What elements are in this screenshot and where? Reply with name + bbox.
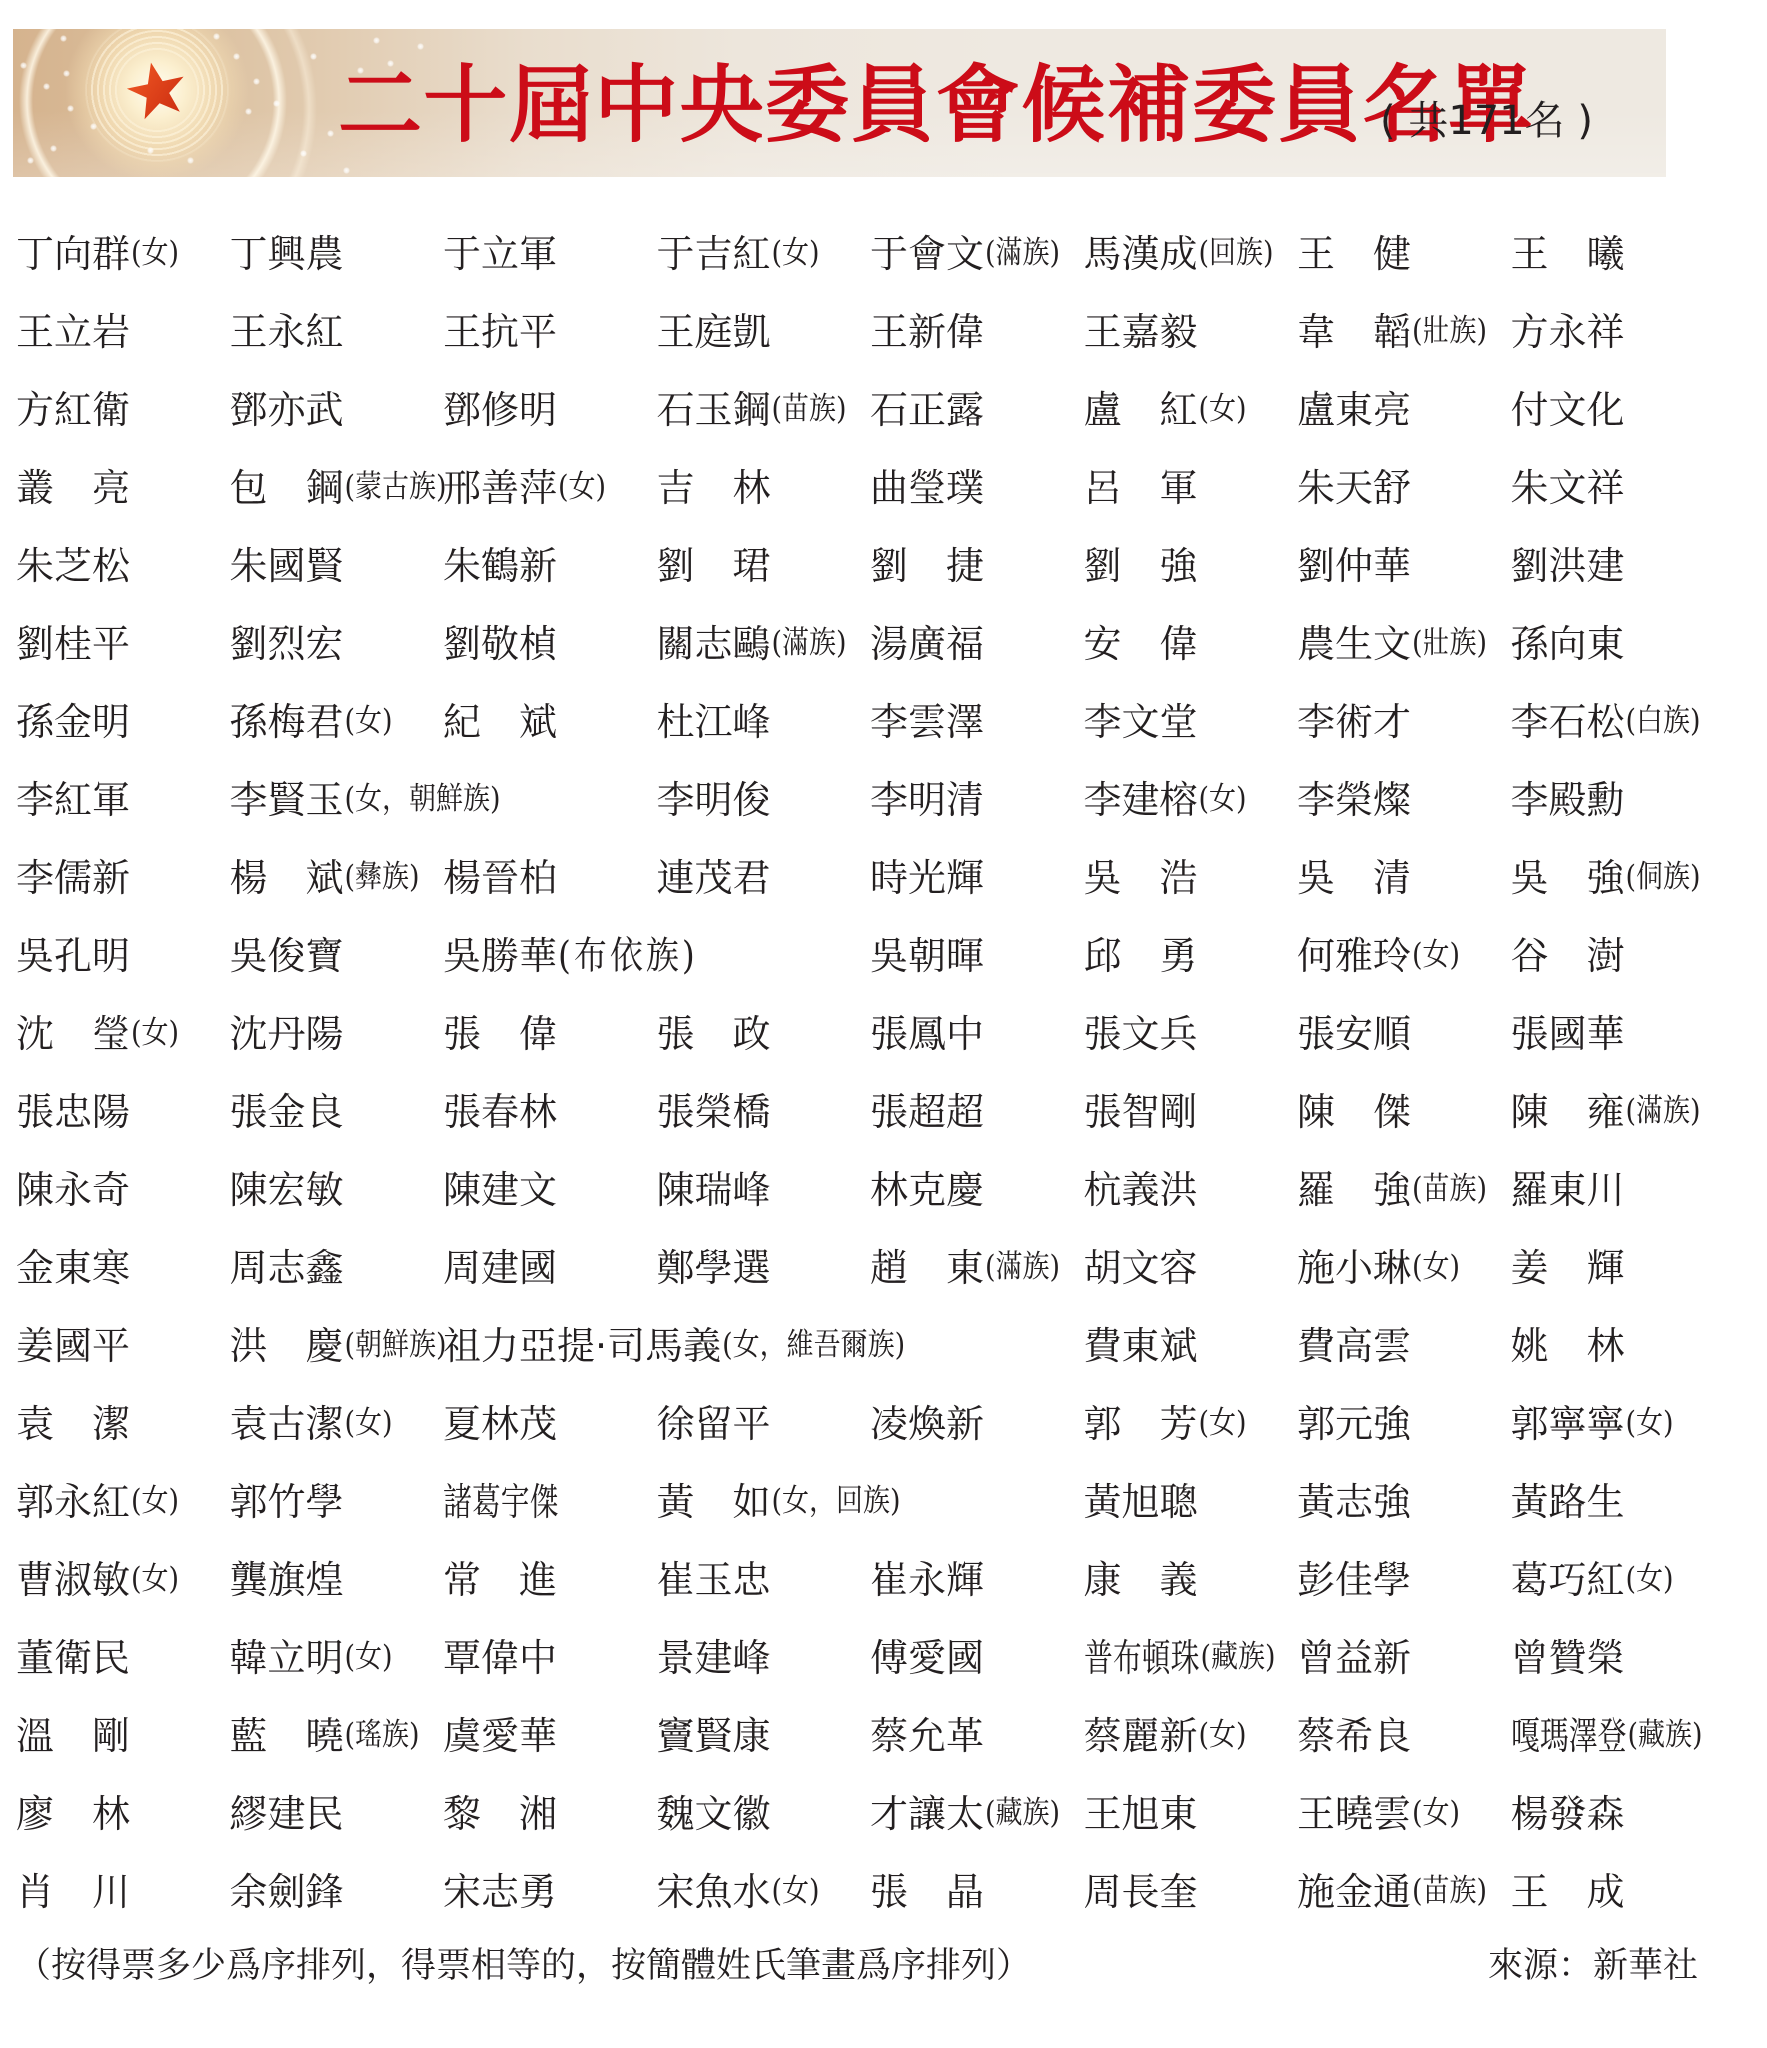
member-name-text: 農生文 — [1297, 624, 1411, 664]
member-name: 王新偉 — [870, 312, 984, 352]
member-entry: 黃路生 — [1511, 1482, 1725, 1522]
member-entry: 韋 韜(壯族) — [1297, 312, 1511, 352]
member-entry: 虞愛華 — [443, 1716, 657, 1756]
member-entry: 李賢玉(女，朝鮮族) — [230, 780, 657, 820]
member-entry: 李明俊 — [657, 780, 871, 820]
member-name: 彭佳學 — [1297, 1560, 1411, 1600]
member-entry: 王 健 — [1297, 234, 1511, 274]
member-entry: 盧東亮 — [1297, 390, 1511, 430]
member-name: 普布頓珠 — [1084, 1638, 1200, 1678]
member-row: 廖 林繆建民黎 湘魏文徽才讓太(藏族)王旭東王曉雲(女)楊發森 — [16, 1794, 1756, 1872]
member-annotation: (滿族) — [772, 621, 847, 667]
member-annotation: (女，朝鮮族) — [345, 777, 501, 823]
member-entry: 施小琳(女) — [1297, 1248, 1511, 1288]
member-name-text: 楊發森 — [1511, 1794, 1625, 1834]
member-entry: 費東斌 — [1084, 1326, 1298, 1366]
member-name-text: 李紅軍 — [16, 780, 130, 820]
member-annotation: (壯族) — [1412, 309, 1487, 355]
member-annotation: (蒙古族) — [345, 465, 447, 511]
member-entry: 吉 林 — [657, 468, 871, 508]
member-name-text: 吳 清 — [1297, 858, 1411, 898]
member-name-text: 王永紅 — [230, 312, 344, 352]
member-name: 王 成 — [1511, 1872, 1625, 1912]
member-name-text: 吳俊寶 — [230, 936, 344, 976]
member-entry: 王 成 — [1511, 1872, 1725, 1912]
member-entry: 劉 捷 — [870, 546, 1084, 586]
member-name: 李榮燦 — [1297, 780, 1411, 820]
member-entry: 袁 潔 — [16, 1404, 230, 1444]
member-entry: 張超超 — [870, 1092, 1084, 1132]
member-entry: 凌煥新 — [870, 1404, 1084, 1444]
member-entry: 連茂君 — [657, 858, 871, 898]
member-name-text: 楊 斌 — [230, 858, 344, 898]
member-name: 時光輝 — [870, 858, 984, 898]
member-name-text: 張安順 — [1297, 1014, 1411, 1054]
member-name-text: 傅愛國 — [870, 1638, 984, 1678]
member-entry: 石正露 — [870, 390, 1084, 430]
member-name-text: 劉 捷 — [870, 546, 984, 586]
member-name: 王旭東 — [1084, 1794, 1198, 1834]
member-name-text: 丁興農 — [230, 234, 344, 274]
member-name-text: 溫 剛 — [16, 1716, 130, 1756]
member-name-text: 郭元強 — [1297, 1404, 1411, 1444]
member-entry: 吳 清 — [1297, 858, 1511, 898]
member-entry: 包 鋼(蒙古族) — [230, 468, 444, 508]
member-name: 朱芝松 — [16, 546, 130, 586]
member-entry: 祖力亞提·司馬義(女，維吾爾族) — [443, 1326, 1084, 1366]
member-entry: 李術才 — [1297, 702, 1511, 742]
member-name: 李石松 — [1511, 702, 1625, 742]
member-name: 諸葛宇傑 — [443, 1482, 559, 1522]
member-name-text: 姜國平 — [16, 1326, 130, 1366]
member-name-text: 時光輝 — [870, 858, 984, 898]
member-name-text: 劉 珺 — [657, 546, 771, 586]
member-name-text: 谷 澍 — [1511, 936, 1625, 976]
sparkle-dot — [253, 78, 260, 85]
member-entry: 藍 曉(瑤族) — [230, 1716, 444, 1756]
member-name-text: 吳勝華 — [443, 936, 557, 976]
member-name: 黃旭聰 — [1084, 1482, 1198, 1522]
member-name-text: 施小琳 — [1297, 1248, 1411, 1288]
sparkle-dot — [27, 157, 34, 164]
member-name-text: 郭永紅 — [16, 1482, 130, 1522]
member-name-text: 紀 斌 — [443, 702, 557, 742]
member-name-text: 施金通 — [1297, 1872, 1411, 1912]
member-name-text: 孫金明 — [16, 702, 130, 742]
member-entry: 肖 川 — [16, 1872, 230, 1912]
member-name-text: 盧 紅 — [1084, 390, 1198, 430]
member-name: 趙 東 — [870, 1248, 984, 1288]
member-name: 劉敬楨 — [443, 624, 557, 664]
member-entry: 竇賢康 — [657, 1716, 871, 1756]
member-name: 張國華 — [1511, 1014, 1625, 1054]
member-name-text: 鄧亦武 — [230, 390, 344, 430]
member-name-text: 孫梅君 — [230, 702, 344, 742]
member-entry: 方紅衛 — [16, 390, 230, 430]
member-name-text: 吉 林 — [657, 468, 771, 508]
member-name-text: 洪 慶 — [230, 1326, 344, 1366]
member-entry: 方永祥 — [1511, 312, 1725, 352]
member-row: 袁 潔袁古潔(女)夏林茂徐留平凌煥新郭 芳(女)郭元強郭寧寧(女) — [16, 1404, 1756, 1482]
member-name: 蔡希良 — [1297, 1716, 1411, 1756]
member-name: 張 晶 — [870, 1872, 984, 1912]
member-annotation: (苗族) — [1412, 1167, 1487, 1213]
member-annotation: (女) — [345, 699, 393, 745]
sparkle-dot — [187, 157, 194, 164]
member-annotation: (女) — [772, 231, 820, 277]
member-name-text: 杜江峰 — [657, 702, 771, 742]
member-entry: 彭佳學 — [1297, 1560, 1511, 1600]
member-entry: 姜國平 — [16, 1326, 230, 1366]
member-name-text: 蔡允革 — [870, 1716, 984, 1756]
member-entry: 陳宏敏 — [230, 1170, 444, 1210]
member-name: 朱國賢 — [230, 546, 344, 586]
member-name: 康 義 — [1084, 1560, 1198, 1600]
member-name: 李賢玉 — [230, 780, 344, 820]
member-name: 姚 林 — [1511, 1326, 1625, 1366]
member-entry: 陳建文 — [443, 1170, 657, 1210]
member-entry: 徐留平 — [657, 1404, 871, 1444]
member-entry: 曹淑敏(女) — [16, 1560, 230, 1600]
member-name: 王庭凱 — [657, 312, 771, 352]
member-name-text: 張榮橋 — [657, 1092, 771, 1132]
member-name: 祖力亞提·司馬義 — [443, 1326, 721, 1366]
member-name-text: 宋志勇 — [443, 1872, 557, 1912]
sparkle-dot — [273, 100, 280, 107]
member-name: 連茂君 — [657, 858, 771, 898]
member-entry: 朱國賢 — [230, 546, 444, 586]
member-name: 竇賢康 — [657, 1716, 771, 1756]
member-name: 孫梅君 — [230, 702, 344, 742]
member-name: 陳建文 — [443, 1170, 557, 1210]
member-name: 蔡麗新 — [1084, 1716, 1198, 1756]
member-entry: 余劍鋒 — [230, 1872, 444, 1912]
member-name: 夏林茂 — [443, 1404, 557, 1444]
member-name: 紀 斌 — [443, 702, 557, 742]
member-name-text: 黃旭聰 — [1084, 1482, 1198, 1522]
member-name: 于吉紅 — [657, 234, 771, 274]
member-name-text: 張 政 — [657, 1014, 771, 1054]
member-entry: 袁古潔(女) — [230, 1404, 444, 1444]
member-name-text: 連茂君 — [657, 858, 771, 898]
member-entry: 曲瑩璞 — [870, 468, 1084, 508]
member-entry: 朱天舒 — [1297, 468, 1511, 508]
member-name: 費高雲 — [1297, 1326, 1411, 1366]
member-name-text: 景建峰 — [657, 1638, 771, 1678]
member-name-text: 李石松 — [1511, 702, 1625, 742]
member-name: 孫金明 — [16, 702, 130, 742]
member-name-text: 王新偉 — [870, 312, 984, 352]
member-entry: 鄧亦武 — [230, 390, 444, 430]
member-entry: 羅東川 — [1511, 1170, 1725, 1210]
member-name-text: 關志鷗 — [657, 624, 771, 664]
member-name: 陳永奇 — [16, 1170, 130, 1210]
member-entry: 陳永奇 — [16, 1170, 230, 1210]
member-name: 吳俊寶 — [230, 936, 344, 976]
sparkle-dot — [417, 43, 424, 50]
member-row: 陳永奇陳宏敏陳建文陳瑞峰林克慶杭義洪羅 強(苗族)羅東川 — [16, 1170, 1756, 1248]
member-name: 孫向東 — [1511, 624, 1625, 664]
member-entry: 馬漢成(回族) — [1084, 234, 1298, 274]
member-name: 張鳳中 — [870, 1014, 984, 1054]
member-annotation: (女) — [558, 465, 606, 511]
member-name: 曾益新 — [1297, 1638, 1411, 1678]
member-annotation: (苗族) — [772, 387, 847, 433]
member-annotation: (朝鮮族) — [345, 1323, 447, 1369]
member-entry: 普布頓珠(藏族) — [1084, 1638, 1298, 1678]
member-entry: 張榮橋 — [657, 1092, 871, 1132]
member-name: 黃 如 — [657, 1482, 771, 1522]
member-name-text: 曹淑敏 — [16, 1560, 130, 1600]
member-name-text: 丁向群 — [16, 234, 130, 274]
member-name: 王立岩 — [16, 312, 130, 352]
sparkle-dot — [310, 53, 317, 60]
member-entry: 黃旭聰 — [1084, 1482, 1298, 1522]
member-name-text: 劉桂平 — [16, 624, 130, 664]
member-name-text: 陳 雍 — [1511, 1092, 1625, 1132]
member-name-text: 李明俊 — [657, 780, 771, 820]
member-name: 宋魚水 — [657, 1872, 771, 1912]
member-entry: 郭 芳(女) — [1084, 1404, 1298, 1444]
member-name: 安 偉 — [1084, 624, 1198, 664]
member-entry: 金東寒 — [16, 1248, 230, 1288]
member-entry: 紀 斌 — [443, 702, 657, 742]
member-annotation: (滿族) — [1626, 1089, 1701, 1135]
member-name: 沈 瑩 — [16, 1014, 130, 1054]
member-name-text: 湯廣福 — [870, 624, 984, 664]
member-name-text: 虞愛華 — [443, 1716, 557, 1756]
member-name: 張 偉 — [443, 1014, 557, 1054]
member-name: 鄭學選 — [657, 1248, 771, 1288]
member-entry: 吳俊寶 — [230, 936, 444, 976]
member-name: 李明清 — [870, 780, 984, 820]
member-annotation: (滿族) — [985, 231, 1060, 277]
member-entry: 叢 亮 — [16, 468, 230, 508]
member-name-text: 陳宏敏 — [230, 1170, 344, 1210]
member-entry: 施金通(苗族) — [1297, 1872, 1511, 1912]
member-entry: 何雅玲(女) — [1297, 936, 1511, 976]
member-name: 林克慶 — [870, 1170, 984, 1210]
member-entry: 盧 紅(女) — [1084, 390, 1298, 430]
member-entry: 李石松(白族) — [1511, 702, 1725, 742]
sparkle-dot — [373, 37, 380, 44]
member-name: 楊發森 — [1511, 1794, 1625, 1834]
member-name: 何雅玲 — [1297, 936, 1411, 976]
member-entry: 蔡麗新(女) — [1084, 1716, 1298, 1756]
member-name: 施小琳 — [1297, 1248, 1411, 1288]
member-name-text: 李殿勳 — [1511, 780, 1625, 820]
member-name: 周志鑫 — [230, 1248, 344, 1288]
member-name-text: 盧東亮 — [1297, 390, 1411, 430]
member-entry: 蔡允革 — [870, 1716, 1084, 1756]
member-entry: 吳勝華(布依族) — [443, 936, 870, 976]
sparkle-dot — [343, 167, 350, 174]
member-name-text: 張 偉 — [443, 1014, 557, 1054]
member-entry: 張 晶 — [870, 1872, 1084, 1912]
member-annotation: (女) — [131, 1011, 179, 1057]
member-entry: 劉烈宏 — [230, 624, 444, 664]
member-entry: 王曉雲(女) — [1297, 1794, 1511, 1834]
member-entry: 鄭學選 — [657, 1248, 871, 1288]
member-name-text: 費高雲 — [1297, 1326, 1411, 1366]
member-name-text: 王抗平 — [443, 312, 557, 352]
member-name-text: 吳朝暉 — [870, 936, 984, 976]
member-entry: 姜 輝 — [1511, 1248, 1725, 1288]
member-entry: 楊晉柏 — [443, 858, 657, 898]
member-name: 郭永紅 — [16, 1482, 130, 1522]
member-entry: 郭永紅(女) — [16, 1482, 230, 1522]
member-name-text: 朱國賢 — [230, 546, 344, 586]
member-row: 孫金明孫梅君(女)紀 斌杜江峰李雲澤李文堂李術才李石松(白族) — [16, 702, 1756, 780]
member-entry: 陳 雍(滿族) — [1511, 1092, 1725, 1132]
member-row: 金東寒周志鑫周建國鄭學選趙 東(滿族)胡文容施小琳(女)姜 輝 — [16, 1248, 1756, 1326]
member-annotation: (女，回族) — [772, 1479, 901, 1525]
member-entry: 呂 軍 — [1084, 468, 1298, 508]
member-name-text: 張 晶 — [870, 1872, 984, 1912]
member-name: 袁 潔 — [16, 1404, 130, 1444]
member-name-text: 方永祥 — [1511, 312, 1625, 352]
member-name-text: 王曉雲 — [1297, 1794, 1411, 1834]
member-name: 龔旗煌 — [230, 1560, 344, 1600]
member-entry: 李明清 — [870, 780, 1084, 820]
member-name-text: 韋 韜 — [1297, 312, 1411, 352]
member-name-text: 劉洪建 — [1511, 546, 1625, 586]
member-name: 吳孔明 — [16, 936, 130, 976]
member-name: 蔡允革 — [870, 1716, 984, 1756]
member-name-text: 何雅玲 — [1297, 936, 1411, 976]
member-entry: 丁向群(女) — [16, 234, 230, 274]
member-name: 羅東川 — [1511, 1170, 1625, 1210]
member-entry: 李儒新 — [16, 858, 230, 898]
member-name: 景建峰 — [657, 1638, 771, 1678]
member-entry: 嘎瑪澤登(藏族) — [1511, 1716, 1725, 1756]
member-name: 李雲澤 — [870, 702, 984, 742]
member-annotation: (女) — [1626, 1401, 1674, 1447]
member-name: 姜 輝 — [1511, 1248, 1625, 1288]
member-name-text: 劉烈宏 — [230, 624, 344, 664]
member-name-text: 朱文祥 — [1511, 468, 1625, 508]
member-row: 肖 川余劍鋒宋志勇宋魚水(女)張 晶周長奎施金通(苗族)王 成 — [16, 1872, 1756, 1950]
member-entry: 張忠陽 — [16, 1092, 230, 1132]
member-row: 郭永紅(女)郭竹學諸葛宇傑黃 如(女，回族)黃旭聰黃志強黃路生 — [16, 1482, 1756, 1560]
member-name-text: 費東斌 — [1084, 1326, 1198, 1366]
member-name-text: 張國華 — [1511, 1014, 1625, 1054]
member-annotation: (女) — [345, 1635, 393, 1681]
member-name: 吉 林 — [657, 468, 771, 508]
member-name: 盧 紅 — [1084, 390, 1198, 430]
member-name-text: 竇賢康 — [657, 1716, 771, 1756]
member-name: 郭元強 — [1297, 1404, 1411, 1444]
member-name-text: 廖 林 — [16, 1794, 130, 1834]
member-row: 劉桂平劉烈宏劉敬楨關志鷗(滿族)湯廣福安 偉農生文(壯族)孫向東 — [16, 624, 1756, 702]
member-name: 楊晉柏 — [443, 858, 557, 898]
member-annotation: (回族) — [1199, 231, 1274, 277]
member-name: 劉洪建 — [1511, 546, 1625, 586]
member-entry: 趙 東(滿族) — [870, 1248, 1084, 1288]
member-name: 金東寒 — [16, 1248, 130, 1288]
member-name-text: 凌煥新 — [870, 1404, 984, 1444]
member-name: 黎 湘 — [443, 1794, 557, 1834]
member-entry: 陳瑞峰 — [657, 1170, 871, 1210]
member-name-text: 龔旗煌 — [230, 1560, 344, 1600]
member-name-text: 朱芝松 — [16, 546, 130, 586]
member-name-text: 羅 強 — [1297, 1170, 1411, 1210]
sparkle-dot — [67, 105, 74, 112]
member-name: 余劍鋒 — [230, 1872, 344, 1912]
member-name-text: 李術才 — [1297, 702, 1411, 742]
member-name: 王抗平 — [443, 312, 557, 352]
member-entry: 李雲澤 — [870, 702, 1084, 742]
member-entry: 劉洪建 — [1511, 546, 1725, 586]
member-name-text: 韓立明 — [230, 1638, 344, 1678]
member-name: 丁興農 — [230, 234, 344, 274]
member-name: 董衛民 — [16, 1638, 130, 1678]
member-row: 方紅衛鄧亦武鄧修明石玉鋼(苗族)石正露盧 紅(女)盧東亮付文化 — [16, 390, 1756, 468]
member-name: 張春林 — [443, 1092, 557, 1132]
member-name-text: 鄧修明 — [443, 390, 557, 430]
member-entry: 黃 如(女，回族) — [657, 1482, 1084, 1522]
member-name: 方永祥 — [1511, 312, 1625, 352]
member-name-text: 張超超 — [870, 1092, 984, 1132]
member-annotation: (女) — [1199, 777, 1247, 823]
member-name: 黃志強 — [1297, 1482, 1411, 1522]
member-entry: 沈丹陽 — [230, 1014, 444, 1054]
member-annotation: (瑤族) — [345, 1713, 420, 1759]
member-row: 曹淑敏(女)龔旗煌常 進崔玉忠崔永輝康 義彭佳學葛巧紅(女) — [16, 1560, 1756, 1638]
member-entry: 王抗平 — [443, 312, 657, 352]
member-name: 張榮橋 — [657, 1092, 771, 1132]
member-entry: 羅 強(苗族) — [1297, 1170, 1511, 1210]
member-name-text: 吳 強 — [1511, 858, 1625, 898]
member-entry: 安 偉 — [1084, 624, 1298, 664]
member-name-text: 沈 瑩 — [16, 1014, 130, 1054]
member-name-text: 石玉鋼 — [657, 390, 771, 430]
member-entry: 時光輝 — [870, 858, 1084, 898]
member-name-text: 馬漢成 — [1084, 234, 1198, 274]
member-name: 丁向群 — [16, 234, 130, 274]
member-name: 嘎瑪澤登 — [1511, 1716, 1627, 1756]
member-name: 劉烈宏 — [230, 624, 344, 664]
member-name: 谷 澍 — [1511, 936, 1625, 976]
member-annotation: (苗族) — [1412, 1869, 1487, 1915]
member-name: 魏文徽 — [657, 1794, 771, 1834]
member-name: 杜江峰 — [657, 702, 771, 742]
member-entry: 宋魚水(女) — [657, 1872, 871, 1912]
member-entry: 郭元強 — [1297, 1404, 1511, 1444]
member-name-text: 繆建民 — [230, 1794, 344, 1834]
member-grid: 丁向群(女)丁興農于立軍于吉紅(女)于會文(滿族)馬漢成(回族)王 健王 曦王立… — [16, 234, 1756, 1950]
member-annotation: (藏族) — [1201, 1635, 1276, 1681]
member-name-text: 王旭東 — [1084, 1794, 1198, 1834]
member-name: 劉仲華 — [1297, 546, 1411, 586]
member-name-text: 彭佳學 — [1297, 1560, 1411, 1600]
member-entry: 孫金明 — [16, 702, 230, 742]
member-name: 陳宏敏 — [230, 1170, 344, 1210]
member-row: 溫 剛藍 曉(瑤族)虞愛華竇賢康蔡允革蔡麗新(女)蔡希良嘎瑪澤登(藏族) — [16, 1716, 1756, 1794]
member-name-text: 姚 林 — [1511, 1326, 1625, 1366]
member-name-text: 王 曦 — [1511, 234, 1625, 274]
member-name: 張金良 — [230, 1092, 344, 1132]
member-name: 曲瑩璞 — [870, 468, 984, 508]
member-name-text: 普布頓珠 — [1084, 1638, 1200, 1678]
member-name: 徐留平 — [657, 1404, 771, 1444]
member-name-text: 黃 如 — [657, 1482, 771, 1522]
member-entry: 劉仲華 — [1297, 546, 1511, 586]
member-name: 曹淑敏 — [16, 1560, 130, 1600]
member-name-text: 藍 曉 — [230, 1716, 344, 1756]
member-name: 崔永輝 — [870, 1560, 984, 1600]
sparkle-dot — [213, 33, 220, 40]
